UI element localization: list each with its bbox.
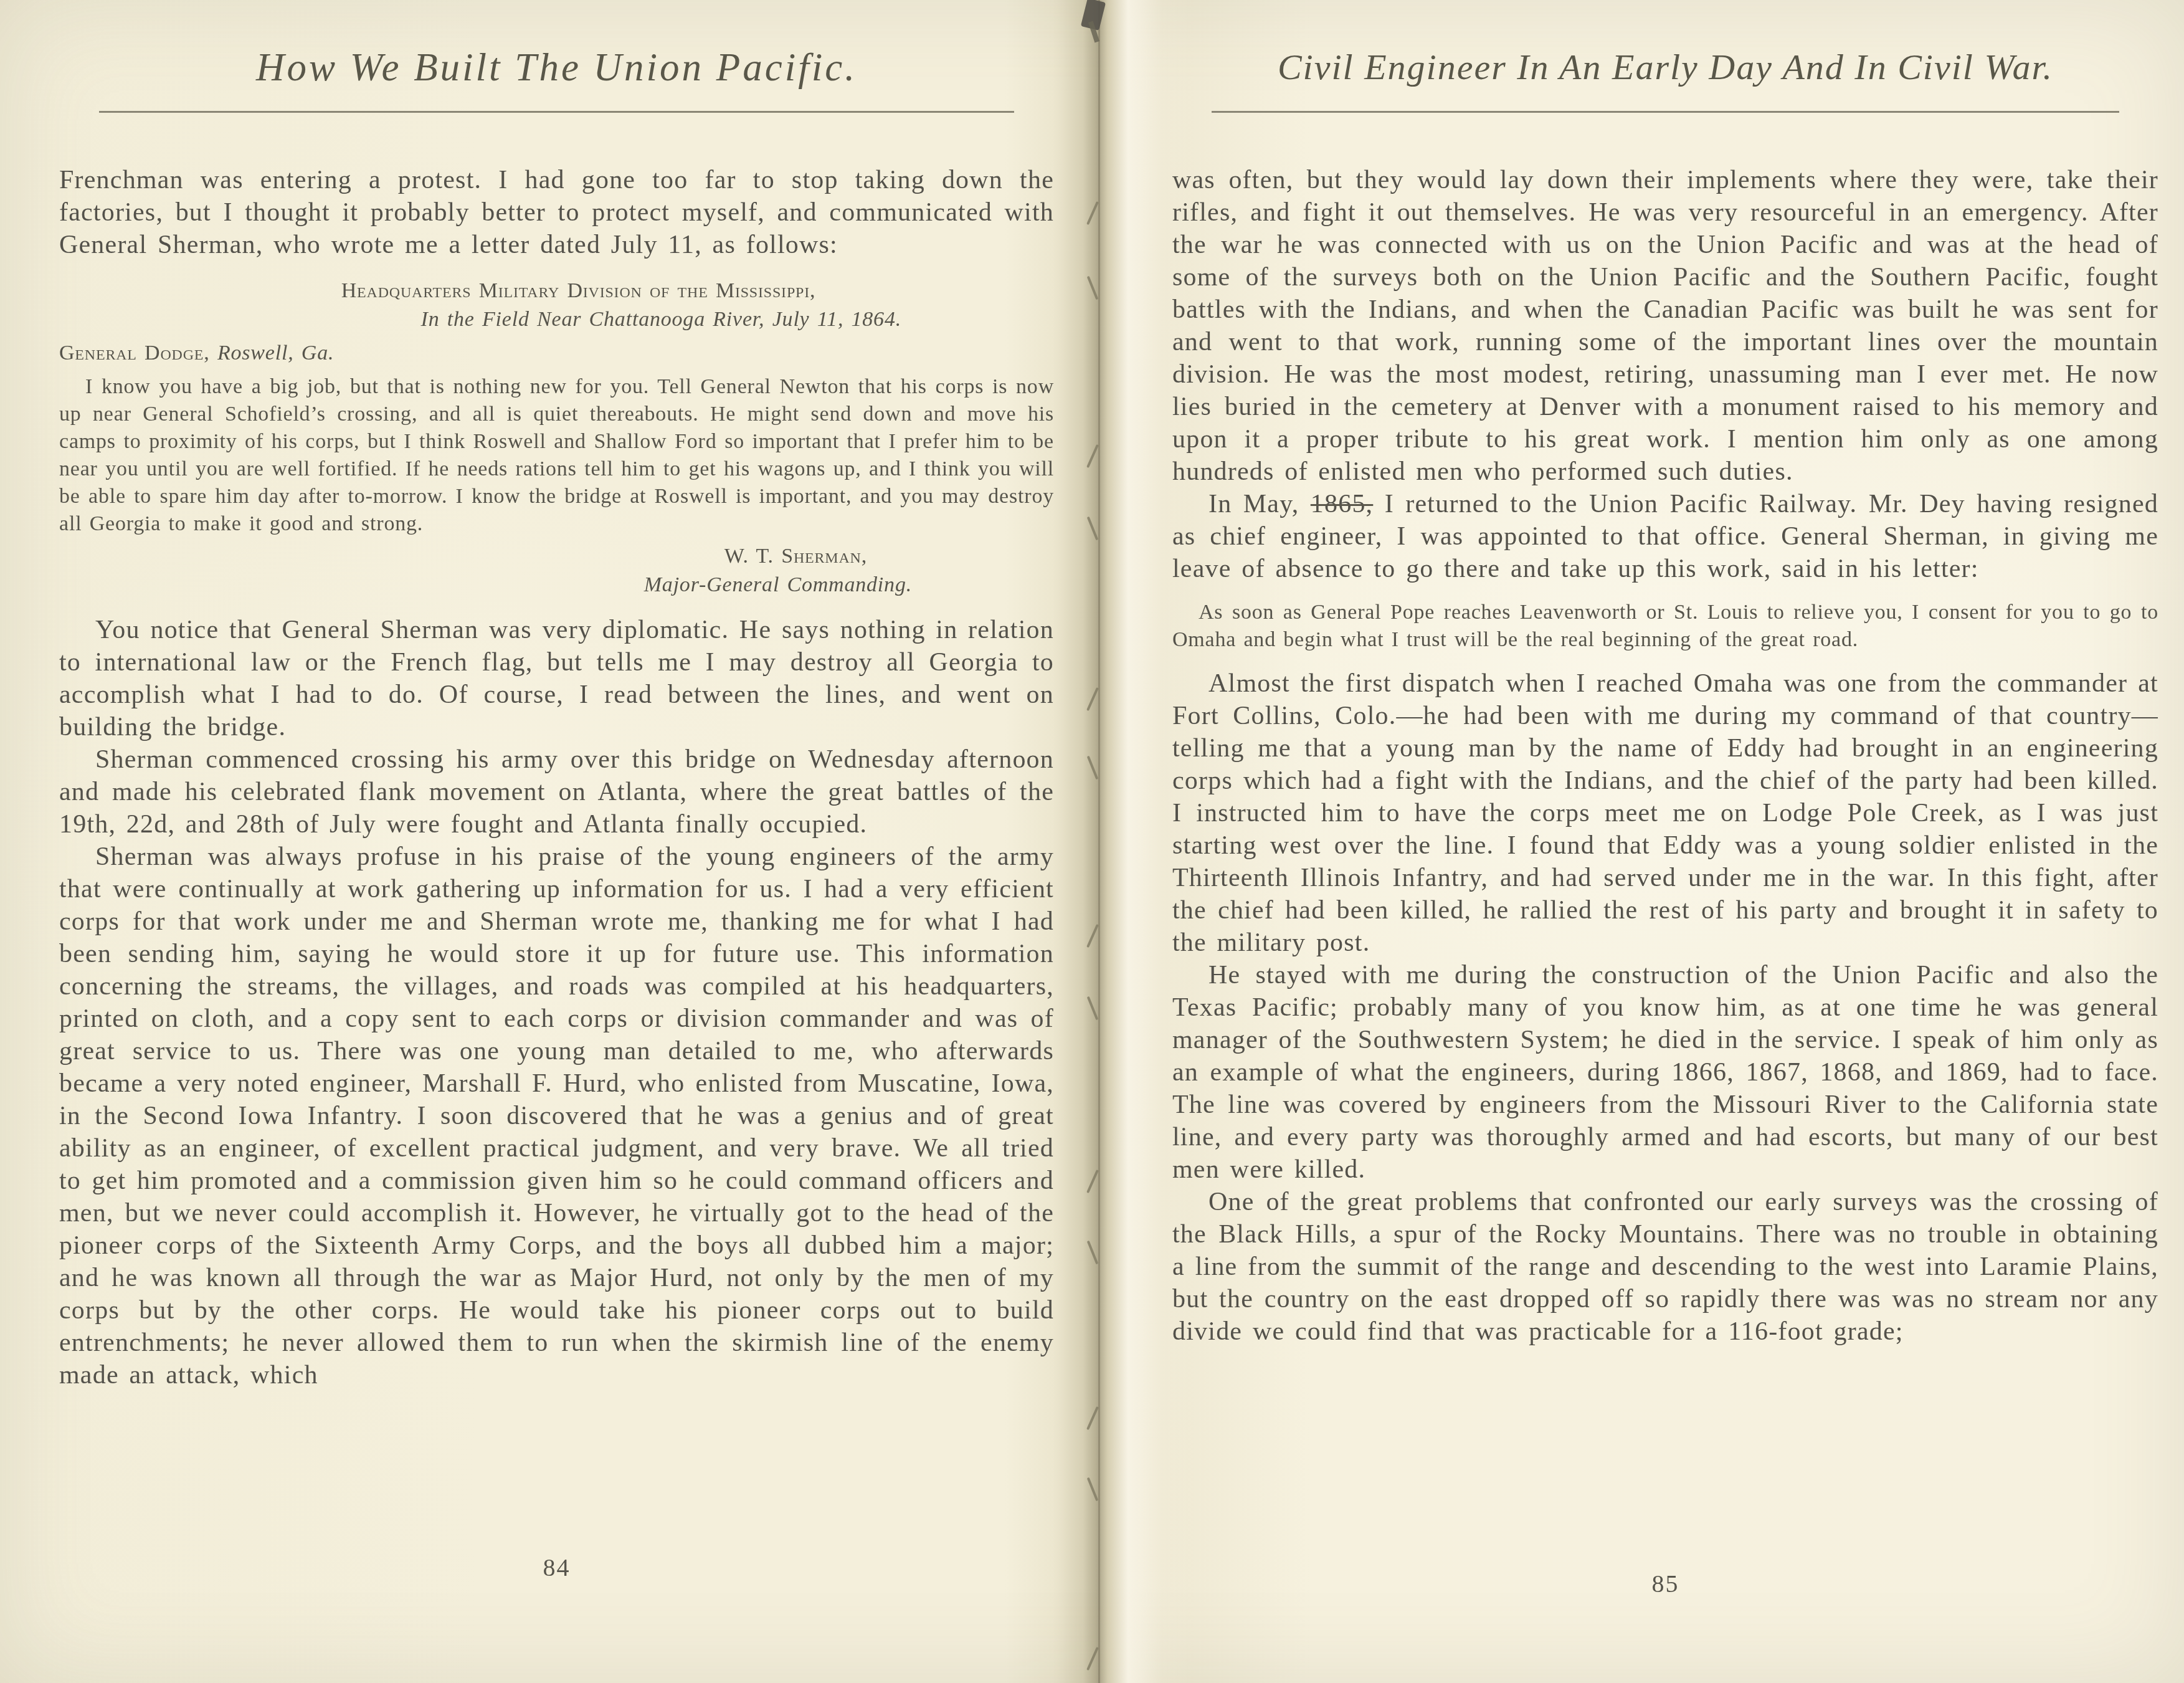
letter-signature-title: Major-General Commanding. [59,571,1054,599]
letter-dateline-headquarters: Headquarters Military Division of the Mi… [59,277,1054,305]
left-header-rule [99,111,1014,113]
letter-body: I know you have a big job, but that is n… [59,373,1054,538]
right-running-head: Civil Engineer In An Early Day And In Ci… [1172,45,2158,90]
paragraph: Sherman was always profuse in his praise… [59,841,1054,1391]
left-page-number: 84 [59,1553,1054,1582]
paragraph-lead: In May, [1208,490,1299,518]
paragraph: Sherman commenced crossing his army over… [59,743,1054,841]
struck-year: 1865, [1311,490,1374,518]
left-running-head: How We Built The Union Pacific. [59,45,1054,90]
sherman-letter-block: Headquarters Military Division of the Mi… [59,277,1054,599]
letter-addressee: General Dodge, Roswell, Ga. [59,340,1054,367]
gutter-crease [1098,0,1100,1683]
paragraph: You notice that General Sherman was very… [59,614,1054,743]
paragraph: He stayed with me during the constructio… [1172,959,2158,1186]
right-page: Civil Engineer In An Early Day And In Ci… [1172,0,2158,1348]
right-header-rule [1212,111,2119,113]
letter-addressee-name: General Dodge, [59,341,210,365]
paragraph: Almost the first dispatch when I reached… [1172,667,2158,959]
paragraph: was often, but they would lay down their… [1172,164,2158,488]
left-page: How We Built The Union Pacific. Frenchma… [59,0,1054,1391]
right-page-number: 85 [1172,1569,2158,1598]
sherman-quote-block: As soon as General Pope reaches Leavenwo… [1172,599,2158,654]
book-scan: How We Built The Union Pacific. Frenchma… [0,0,2184,1683]
paragraph: Frenchman was entering a protest. I had … [59,164,1054,261]
book-gutter [1053,0,1190,1683]
paragraph: In May, 1865, I returned to the Union Pa… [1172,488,2158,585]
paragraph: One of the great problems that confronte… [1172,1186,2158,1348]
letter-addressee-place: Roswell, Ga. [217,341,334,365]
letter-signature-name: W. T. Sherman, [59,543,1054,570]
letter-dateline-field: In the Field Near Chattanooga River, Jul… [59,306,1054,333]
